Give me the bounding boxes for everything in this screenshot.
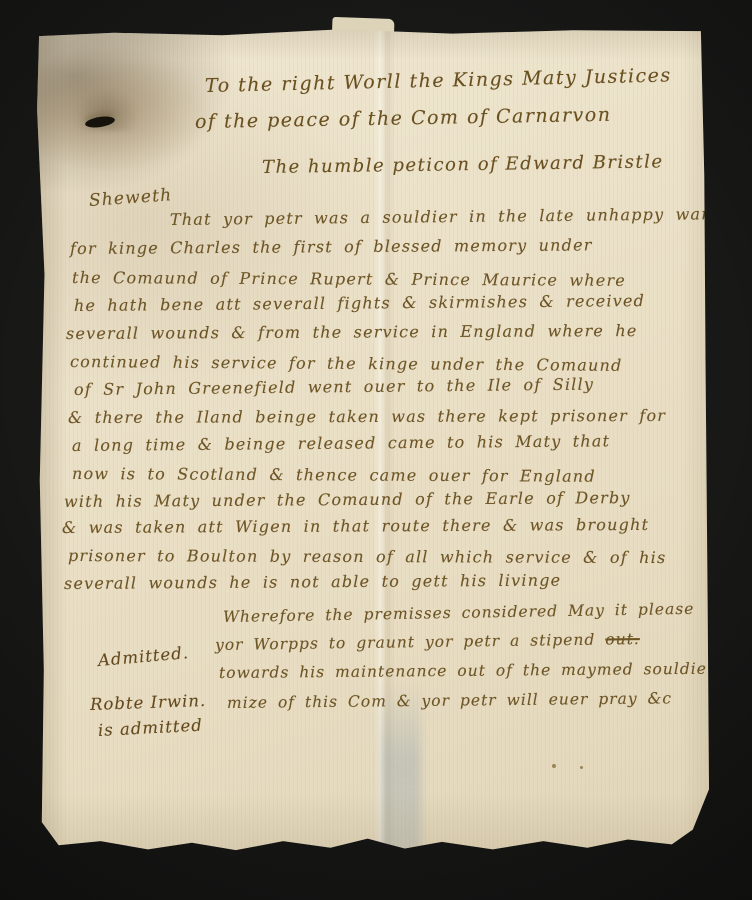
body-line-11: with his Maty under the Comaund of the E…: [64, 488, 631, 511]
body-line-12: & was taken att Wigen in that route ther…: [62, 515, 649, 537]
body-line-7: of Sr John Greenefield went ouer to the …: [74, 375, 594, 399]
ink-speck: [552, 764, 556, 768]
margin-note-is-admitted: is admitted: [98, 716, 204, 740]
body-line-3: the Comaund of Prince Rupert & Prince Ma…: [72, 268, 626, 290]
body-line-8: & there the Iland beinge taken was there…: [68, 406, 666, 427]
body-line-10: now is to Scotland & thence came ouer fo…: [72, 464, 596, 486]
manuscript-paper: To the right Worll the Kings Maty Justic…: [33, 27, 709, 851]
struck-out-word: out.: [605, 630, 640, 648]
petition-salutation-line: The humble peticon of Edward Bristle: [262, 151, 664, 178]
petition-clause-line-2: yor Worpps to graunt yor petr a stipendo…: [215, 630, 640, 654]
body-line-2: for kinge Charles the first of blessed m…: [70, 235, 593, 258]
margin-note-admitted: Admitted.: [97, 643, 190, 670]
body-line-1: That yor petr was a souldier in the late…: [170, 204, 739, 229]
body-line-9: a long time & beinge released came to hi…: [72, 431, 610, 455]
photo-background: To the right Worll the Kings Maty Justic…: [0, 0, 752, 900]
margin-note-clerk-name: Robte Irwin.: [90, 691, 207, 714]
body-line-14: severall wounds he is not able to gett h…: [64, 571, 561, 593]
body-line-4: he hath bene att severall fights & skirm…: [74, 291, 645, 315]
ink-speck: [580, 766, 583, 769]
sheweth-label: Sheweth: [88, 185, 173, 211]
body-line-13: prisoner to Boulton by reason of all whi…: [68, 546, 666, 567]
body-line-5: severall wounds & from the service in En…: [66, 321, 638, 343]
petition-clause-line-2-text: yor Worpps to graunt yor petr a stipend: [215, 631, 596, 654]
petition-heading-line-2: of the peace of the Com of Carnarvon: [195, 104, 612, 133]
petition-clause-line-3: towards his maintenance out of the mayme…: [219, 660, 724, 682]
petition-clause-line-4: mize of this Com & yor petr will euer pr…: [227, 689, 672, 712]
petition-clause-line-1: Wherefore the premisses considered May i…: [223, 600, 695, 626]
petition-heading-line-1: To the right Worll the Kings Maty Justic…: [205, 64, 672, 97]
body-line-6: continued his service for the kinge unde…: [70, 352, 623, 375]
